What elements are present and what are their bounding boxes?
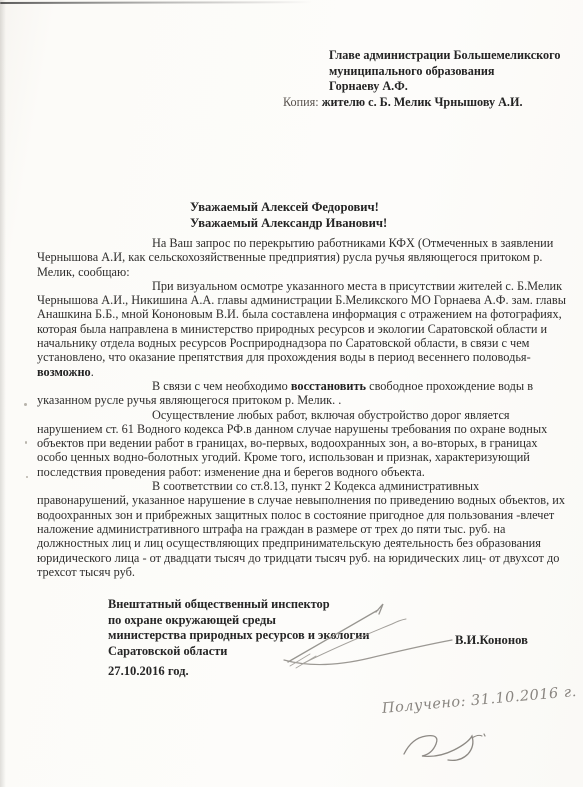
bold-emphasis: восстановить	[291, 379, 366, 393]
received-note-handwriting: Получено: 31.10.2016 г.	[381, 683, 583, 717]
recipient-block: Главе администрации Большемеликского мун…	[283, 48, 575, 110]
top-scan-smudge	[0, 1, 312, 4]
handwritten-initials-scrawl	[398, 724, 508, 774]
signature-scrawl	[280, 600, 470, 672]
scan-edge-shadow	[0, 0, 6, 787]
recipient-line: муниципального образования	[283, 64, 575, 80]
letter-date: 27.10.2016 год.	[108, 664, 189, 679]
paragraph-text: В связи с чем необходимо	[152, 379, 291, 393]
letter-body: На Ваш запрос по перекрытию работниками …	[37, 236, 570, 579]
salutation-line: Уважаемый Александр Иванович!	[190, 215, 387, 231]
body-paragraph-5: В соответствии со ст.8.13, пункт 2 Кодек…	[37, 479, 570, 579]
scanned-letter-page: Главе администрации Большемеликского мун…	[0, 0, 583, 787]
scan-speck	[24, 403, 27, 406]
salutation-line: Уважаемый Алексей Федорович!	[190, 199, 387, 215]
recipient-line: Горнаеву А.Ф.	[283, 79, 575, 95]
copy-line: Копия: жителю с. Б. Мелик Чрнышову А.И.	[283, 95, 575, 111]
salutation-block: Уважаемый Алексей Федорович! Уважаемый А…	[190, 199, 387, 231]
bold-emphasis: возможно	[37, 365, 91, 379]
scan-speck	[25, 441, 27, 444]
paragraph-text: При визуальном осмотре указанного места …	[37, 279, 566, 364]
copy-recipient: жителю с. Б. Мелик Чрнышову А.И.	[322, 95, 523, 109]
scan-speck	[26, 476, 28, 478]
body-paragraph-4: Осуществление любых работ, включая обуст…	[37, 408, 570, 479]
signer-name: В.И.Кононов	[455, 633, 528, 648]
body-paragraph-3: В связи с чем необходимо восстановить св…	[37, 379, 570, 408]
copy-label: Копия:	[283, 95, 319, 109]
body-paragraph-1: На Ваш запрос по перекрытию работниками …	[37, 236, 570, 279]
body-paragraph-2: При визуальном осмотре указанного места …	[37, 279, 570, 379]
paragraph-text: .	[91, 365, 94, 379]
recipient-line: Главе администрации Большемеликского	[283, 48, 575, 64]
